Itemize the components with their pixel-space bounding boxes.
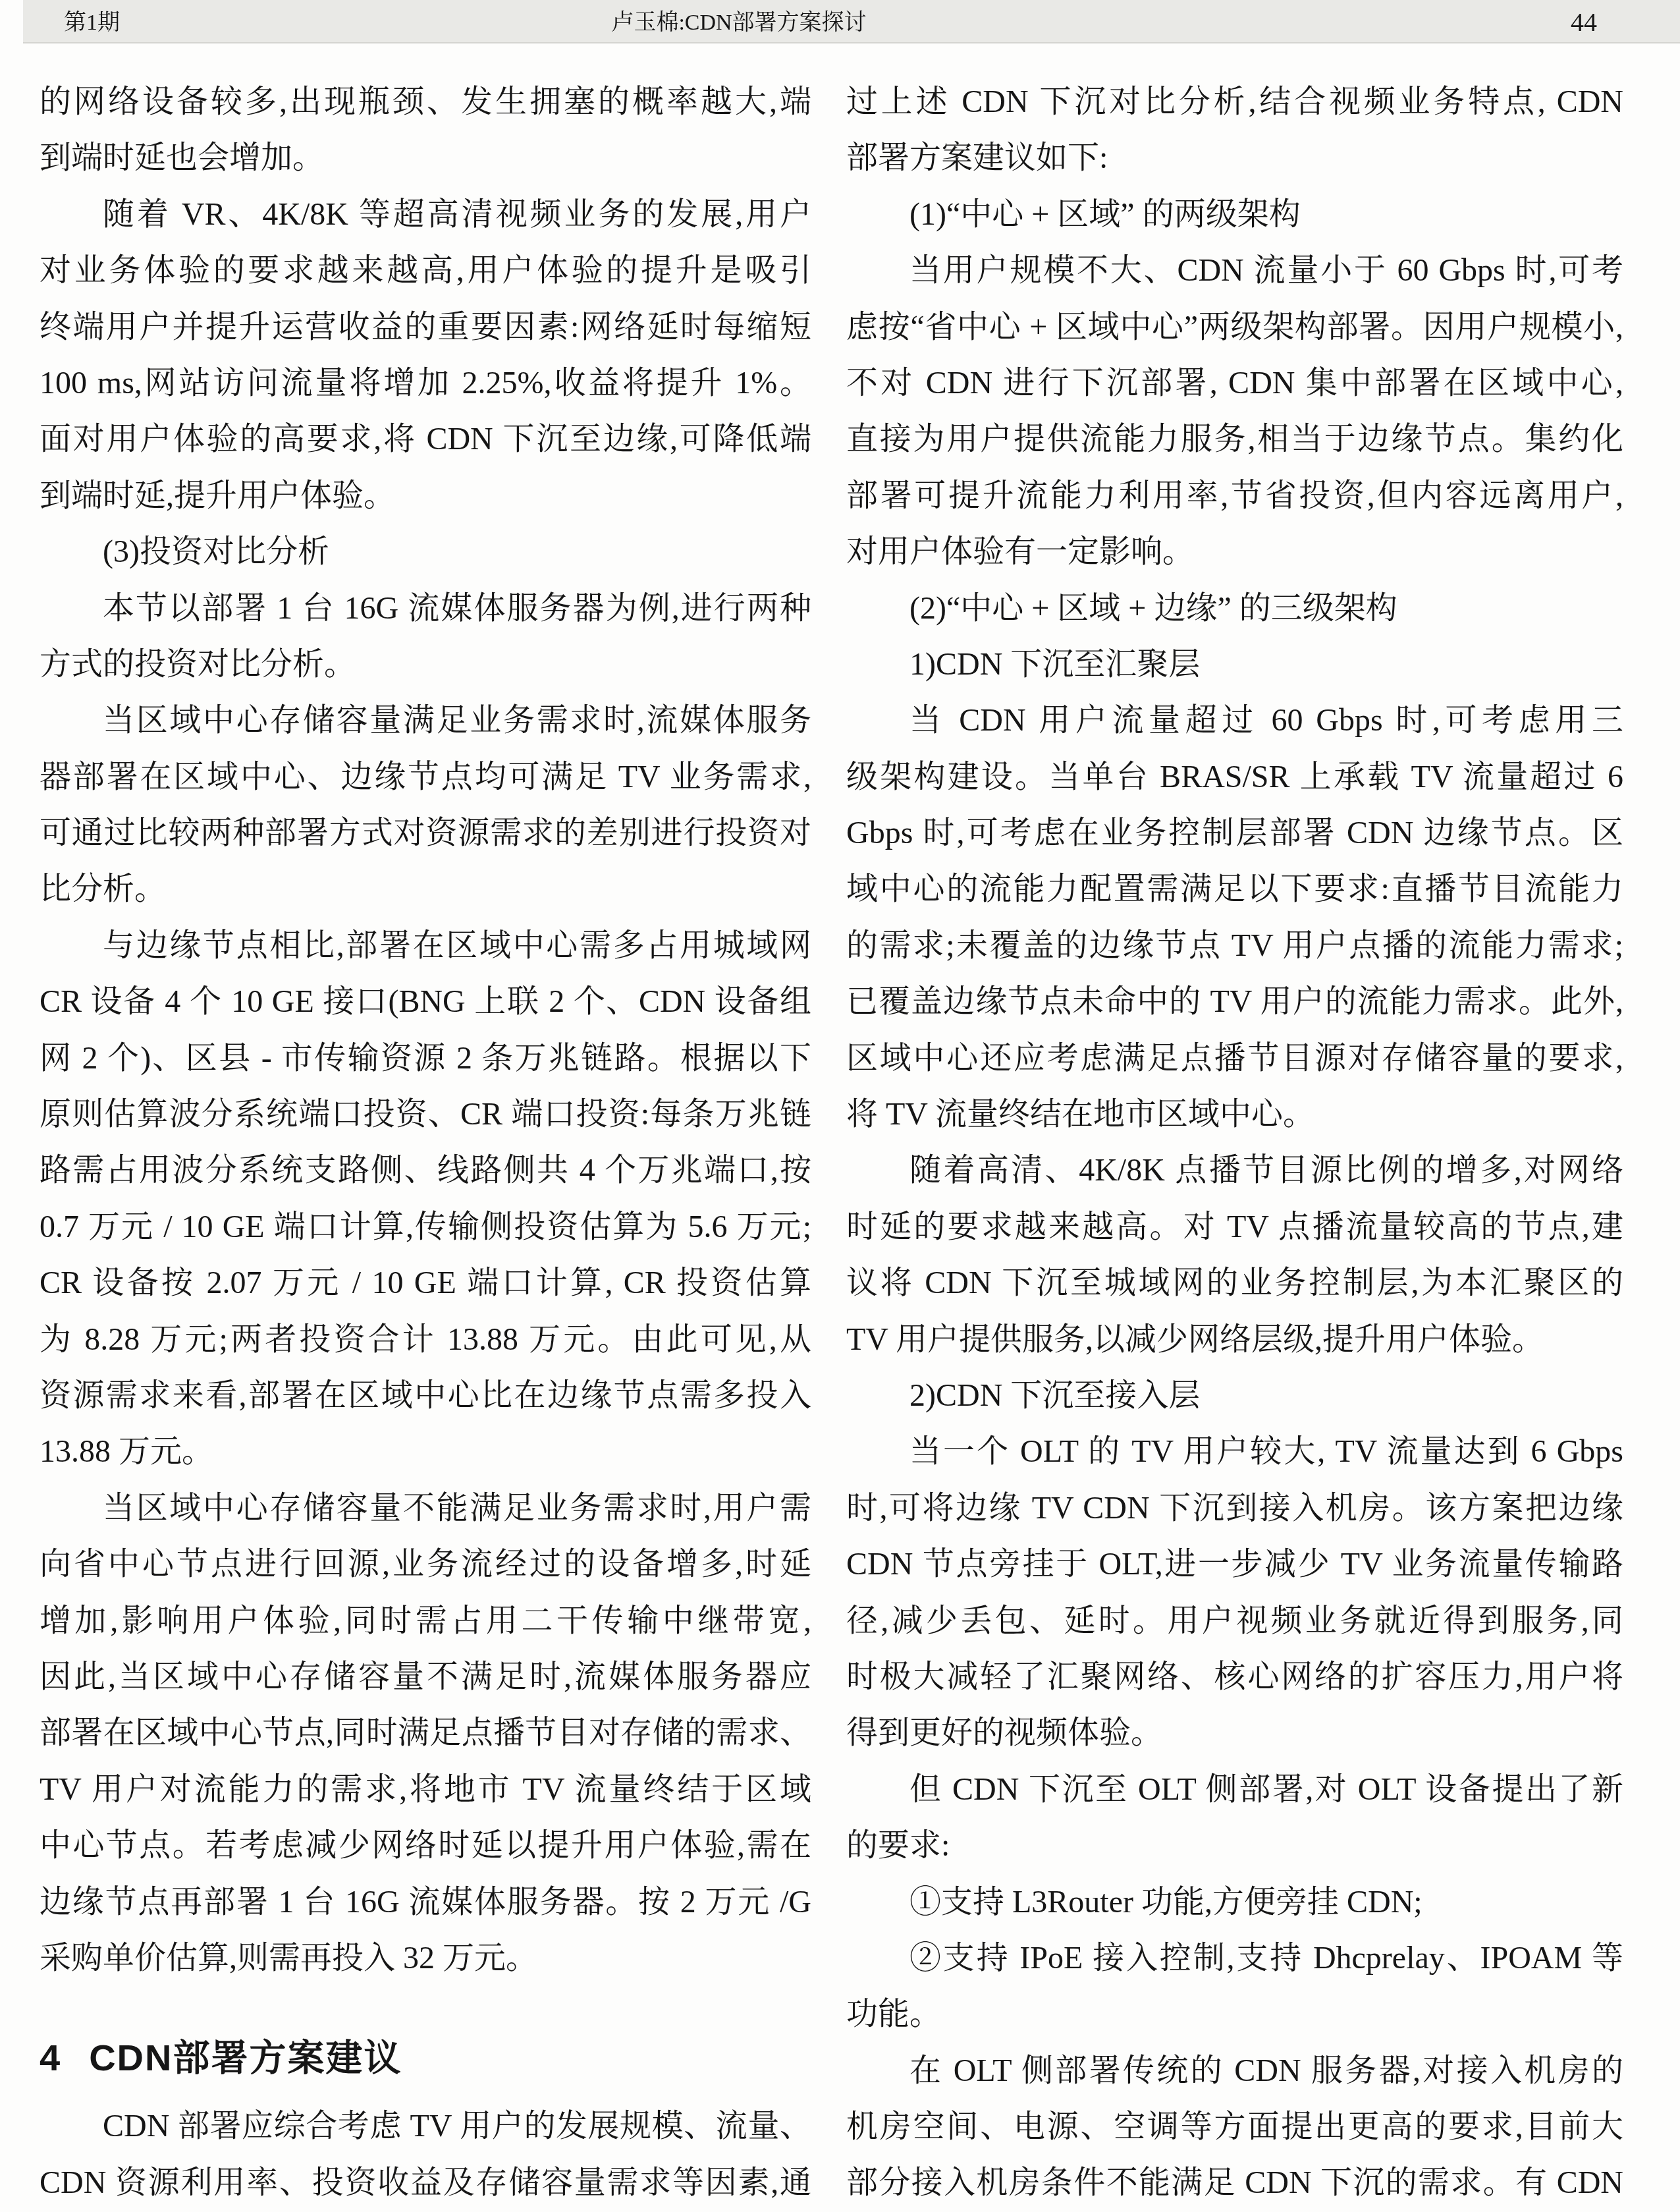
page-number: 44 bbox=[1571, 8, 1597, 37]
issue-label: 第1期 bbox=[64, 11, 120, 36]
text-line: 在 OLT 侧部署传统的 CDN 服务器,对接入机房的 bbox=[846, 2043, 1623, 2099]
page-header: 第1期 卢玉棉:CDN部署方案探讨 44 bbox=[23, 0, 1680, 43]
text-line: (1)“中心 + 区域” 的两级架构 bbox=[846, 186, 1623, 242]
text-line: 当一个 OLT 的 TV 用户较大, TV 流量达到 6 Gbps bbox=[846, 1424, 1623, 1479]
paper-page: 第1期 卢玉棉:CDN部署方案探讨 44 的网络设备较多,出现瓶颈、发生拥塞的概… bbox=[0, 0, 1680, 2212]
text-line: 虑按“省中心 + 区域中心”两级架构部署。因用户规模小, bbox=[846, 299, 1623, 355]
right-column: 过上述 CDN 下沉对比分析,结合视频业务特点, CDN部署方案建议如下:(1)… bbox=[846, 74, 1623, 2211]
text-line: CR 设备 4 个 10 GE 接口(BNG 上联 2 个、CDN 设备组 bbox=[40, 974, 811, 1030]
text-line: 0.7 万元 / 10 GE 端口计算,传输侧投资估算为 5.6 万元; bbox=[40, 1199, 811, 1255]
text-line: 本节以部署 1 台 16G 流媒体服务器为例,进行两种 bbox=[40, 580, 811, 636]
text-line: CDN 资源利用率、投资收益及存储容量需求等因素,通 bbox=[40, 2155, 811, 2211]
text-line: 为 8.28 万元;两者投资合计 13.88 万元。由此可见,从 bbox=[40, 1312, 811, 1368]
text-line: 机房空间、电源、空调等方面提出更高的要求,目前大 bbox=[846, 2099, 1623, 2155]
text-line: 当区域中心存储容量不能满足业务需求时,用户需 bbox=[40, 1480, 811, 1536]
text-line: 比分析。 bbox=[40, 861, 811, 917]
text-line: TV 用户提供服务,以减少网络层级,提升用户体验。 bbox=[846, 1312, 1623, 1368]
text-line: 的网络设备较多,出现瓶颈、发生拥塞的概率越大,端 bbox=[40, 74, 811, 130]
text-line: 功能。 bbox=[846, 1986, 1623, 2042]
text-line: 100 ms,网站访问流量将增加 2.25%,收益将提升 1%。 bbox=[40, 355, 811, 411]
text-line: 当 CDN 用户流量超过 60 Gbps 时,可考虑用三 bbox=[846, 692, 1623, 748]
text-line: 向省中心节点进行回源,业务流经过的设备增多,时延 bbox=[40, 1536, 811, 1592]
text-line: (3)投资对比分析 bbox=[40, 524, 811, 580]
text-line: 的需求;未覆盖的边缘节点 TV 用户点播的流能力需求; bbox=[846, 918, 1623, 974]
text-line: 时,可将边缘 TV CDN 下沉到接入机房。该方案把边缘 bbox=[846, 1480, 1623, 1536]
text-line: 随着 VR、4K/8K 等超高清视频业务的发展,用户 bbox=[40, 186, 811, 242]
text-line: CR 设备按 2.07 万元 / 10 GE 端口计算, CR 投资估算 bbox=[40, 1255, 811, 1311]
text-line: 级架构建设。当单台 BRAS/SR 上承载 TV 流量超过 6 bbox=[846, 749, 1623, 805]
text-line: 到端时延,提升用户体验。 bbox=[40, 468, 811, 524]
section-heading: 4CDN部署方案建议 bbox=[40, 2018, 811, 2098]
text-line: 原则估算波分系统端口投资、CR 端口投资:每条万兆链 bbox=[40, 1086, 811, 1142]
text-line: 增加,影响用户体验,同时需占用二干传输中继带宽, bbox=[40, 1593, 811, 1649]
text-line: 与边缘节点相比,部署在区域中心需多占用城域网 bbox=[40, 918, 811, 974]
text-line: 部署可提升流能力利用率,节省投资,但内容远离用户, bbox=[846, 468, 1623, 524]
text-line: 采购单价估算,则需再投入 32 万元。 bbox=[40, 1930, 811, 1986]
text-line: 不对 CDN 进行下沉部署, CDN 集中部署在区域中心, bbox=[846, 355, 1623, 411]
text-line: 的要求: bbox=[846, 1817, 1623, 1873]
section-number: 4 bbox=[40, 2037, 60, 2078]
text-line: 但 CDN 下沉至 OLT 侧部署,对 OLT 设备提出了新 bbox=[846, 1761, 1623, 1817]
text-line: 因此,当区域中心存储容量不满足时,流媒体服务器应 bbox=[40, 1649, 811, 1705]
text-line: Gbps 时,可考虑在业务控制层部署 CDN 边缘节点。区 bbox=[846, 805, 1623, 861]
text-line: 过上述 CDN 下沉对比分析,结合视频业务特点, CDN bbox=[846, 74, 1623, 130]
text-line: 当用户规模不大、CDN 流量小于 60 Gbps 时,可考 bbox=[846, 242, 1623, 298]
text-line: 1)CDN 下沉至汇聚层 bbox=[846, 636, 1623, 692]
text-line: 2)CDN 下沉至接入层 bbox=[846, 1368, 1623, 1424]
text-line: 对业务体验的要求越来越高,用户体验的提升是吸引 bbox=[40, 242, 811, 298]
text-line: 13.88 万元。 bbox=[40, 1424, 811, 1479]
text-line: 路需占用波分系统支路侧、线路侧共 4 个万兆端口,按 bbox=[40, 1142, 811, 1198]
text-line: 部分接入机房条件不能满足 CDN 下沉的需求。有 CDN bbox=[846, 2155, 1623, 2211]
text-line: 部署方案建议如下: bbox=[846, 130, 1623, 186]
text-line: CDN 节点旁挂于 OLT,进一步减少 TV 业务流量传输路 bbox=[846, 1536, 1623, 1592]
text-line: 部署在区域中心节点,同时满足点播节目对存储的需求、 bbox=[40, 1705, 811, 1761]
text-line: 议将 CDN 下沉至城域网的业务控制层,为本汇聚区的 bbox=[846, 1255, 1623, 1311]
text-line: 网 2 个)、区县 - 市传输资源 2 条万兆链路。根据以下 bbox=[40, 1030, 811, 1086]
text-line: 可通过比较两种部署方式对资源需求的差别进行投资对 bbox=[40, 805, 811, 861]
text-line: 将 TV 流量终结在地市区域中心。 bbox=[846, 1086, 1623, 1142]
text-line: 面对用户体验的高要求,将 CDN 下沉至边缘,可降低端 bbox=[40, 411, 811, 467]
text-line: 边缘节点再部署 1 台 16G 流媒体服务器。按 2 万元 /G bbox=[40, 1874, 811, 1930]
text-line: 时延的要求越来越高。对 TV 点播流量较高的节点,建 bbox=[846, 1199, 1623, 1255]
text-line: 到端时延也会增加。 bbox=[40, 130, 811, 186]
section-title: CDN部署方案建议 bbox=[89, 2037, 402, 2078]
text-line: 域中心的流能力配置需满足以下要求:直播节目流能力 bbox=[846, 861, 1623, 917]
text-line: 时极大减轻了汇聚网络、核心网络的扩容压力,用户将 bbox=[846, 1649, 1623, 1705]
left-column: 的网络设备较多,出现瓶颈、发生拥塞的概率越大,端到端时延也会增加。随着 VR、4… bbox=[40, 74, 811, 2211]
text-line: 方式的投资对比分析。 bbox=[40, 636, 811, 692]
text-line: 已覆盖边缘节点未命中的 TV 用户的流能力需求。此外, bbox=[846, 974, 1623, 1030]
text-line: (2)“中心 + 区域 + 边缘” 的三级架构 bbox=[846, 580, 1623, 636]
text-line: 随着高清、4K/8K 点播节目源比例的增多,对网络 bbox=[846, 1142, 1623, 1198]
text-line: TV 用户对流能力的需求,将地市 TV 流量终结于区域 bbox=[40, 1761, 811, 1817]
text-line: 终端用户并提升运营收益的重要因素:网络延时每缩短 bbox=[40, 299, 811, 355]
text-line: 直接为用户提供流能力服务,相当于边缘节点。集约化 bbox=[846, 411, 1623, 467]
text-line: ②支持 IPoE 接入控制,支持 Dhcprelay、IPOAM 等 bbox=[846, 1930, 1623, 1986]
text-line: CDN 部署应综合考虑 TV 用户的发展规模、流量、 bbox=[40, 2098, 811, 2154]
running-title: 卢玉棉:CDN部署方案探讨 bbox=[611, 11, 866, 36]
text-line: 径,减少丢包、延时。用户视频业务就近得到服务,同 bbox=[846, 1593, 1623, 1649]
text-line: 得到更好的视频体验。 bbox=[846, 1705, 1623, 1761]
text-line: 资源需求来看,部署在区域中心比在边缘节点需多投入 bbox=[40, 1368, 811, 1424]
text-line: 区域中心还应考虑满足点播节目源对存储容量的要求, bbox=[846, 1030, 1623, 1086]
text-line: 对用户体验有一定影响。 bbox=[846, 524, 1623, 580]
text-line: 器部署在区域中心、边缘节点均可满足 TV 业务需求, bbox=[40, 749, 811, 805]
text-line: 中心节点。若考虑减少网络时延以提升用户体验,需在 bbox=[40, 1817, 811, 1873]
text-line: 当区域中心存储容量满足业务需求时,流媒体服务 bbox=[40, 692, 811, 748]
text-line: ①支持 L3Router 功能,方便旁挂 CDN; bbox=[846, 1874, 1623, 1930]
